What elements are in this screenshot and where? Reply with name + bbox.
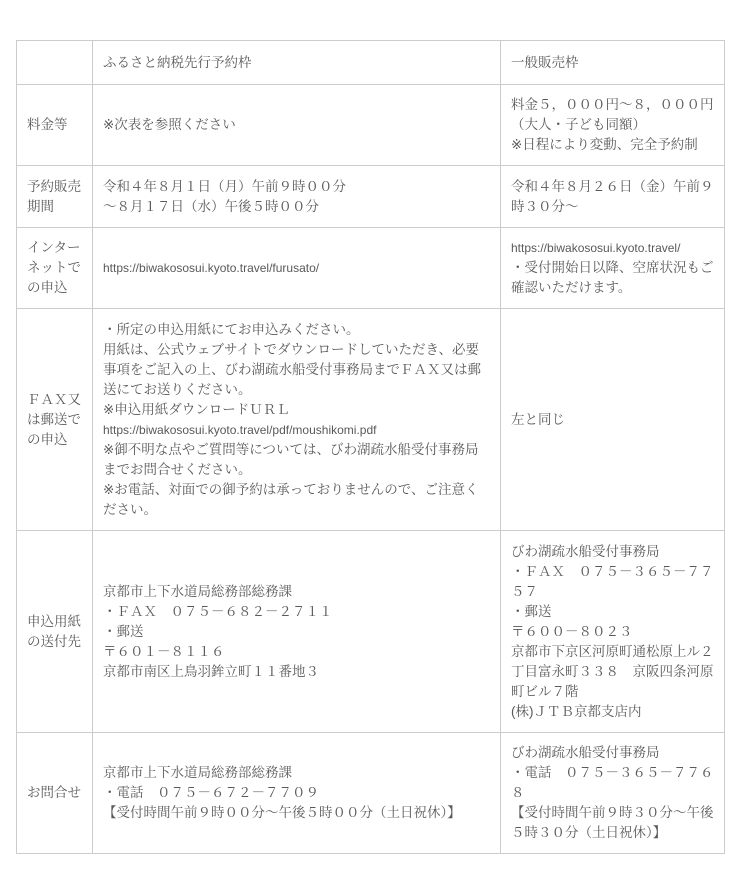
text-line: ・郵送 — [103, 622, 490, 642]
cell-internet-general: https://biwakososui.kyoto.travel/・受付開始日以… — [501, 228, 725, 309]
cell-fax-furusato: ・所定の申込用紙にてお申込みください。用紙は、公式ウェブサイトでダウンロードして… — [93, 309, 501, 531]
cell-destination-general: びわ湖疏水船受付事務局・ＦＡＸ ０７５－３６５－７７５７・郵送〒６００－８０２３… — [501, 531, 725, 733]
text-line: 【受付時間午前９時３０分～午後５時３０分（土日祝休）】 — [511, 803, 714, 843]
text-line: ・ＦＡＸ ０７５－６８２－２７１１ — [103, 602, 490, 622]
text-line: ※次表を参照ください — [103, 115, 490, 135]
text-line: ・受付開始日以降、空席状況もご確認いただけます。 — [511, 258, 714, 298]
table-header-row: ふるさと納税先行予約枠 一般販売枠 — [17, 41, 725, 85]
column-header-furusato: ふるさと納税先行予約枠 — [93, 41, 501, 85]
table-row-fees: 料金等 ※次表を参照ください 料金５，０００円～８，０００円（大人・子ども同額）… — [17, 85, 725, 166]
text-line: 京都市上下水道局総務部総務課 — [103, 763, 490, 783]
text-line: ～８月１７日（水）午後５時００分 — [103, 197, 490, 217]
text-line: ※お電話、対面での御予約は承っておりませんので、ご注意ください。 — [103, 480, 490, 520]
text-line: 京都市南区上鳥羽鉾立町１１番地３ — [103, 662, 490, 682]
cell-period-furusato: 令和４年８月１日（月）午前９時００分～８月１７日（水）午後５時００分 — [93, 166, 501, 228]
text-line: ・電話 ０７５－３６５－７７６８ — [511, 763, 714, 803]
text-line: 料金５，０００円～８，０００円 — [511, 95, 714, 115]
cell-fees-furusato: ※次表を参照ください — [93, 85, 501, 166]
text-line: 【受付時間午前９時００分～午後５時００分（土日祝休）】 — [103, 803, 490, 823]
table-row-contact: お問合せ 京都市上下水道局総務部総務課・電話 ０７５－６７２－７７０９【受付時間… — [17, 733, 725, 854]
cell-fees-general: 料金５，０００円～８，０００円（大人・子ども同額）※日程により変動、完全予約制 — [501, 85, 725, 166]
cell-period-general: 令和４年８月２６日（金）午前９時３０分～ — [501, 166, 725, 228]
cell-internet-furusato: https://biwakososui.kyoto.travel/furusat… — [93, 228, 501, 309]
row-header-form-destination: 申込用紙の送付先 — [17, 531, 93, 733]
corner-cell — [17, 41, 93, 85]
text-line: 令和４年８月１日（月）午前９時００分 — [103, 177, 490, 197]
text-line: 用紙は、公式ウェブサイトでダウンロードしていただき、必要事項をご記入の上、びわ湖… — [103, 340, 490, 400]
cell-contact-furusato: 京都市上下水道局総務部総務課・電話 ０７５－６７２－７７０９【受付時間午前９時０… — [93, 733, 501, 854]
text-line: ・所定の申込用紙にてお申込みください。 — [103, 320, 490, 340]
text-line: ・郵送 — [511, 602, 714, 622]
page: ふるさと納税先行予約枠 一般販売枠 料金等 ※次表を参照ください 料金５，０００… — [0, 0, 740, 890]
url-text: https://biwakososui.kyoto.travel/pdf/mou… — [103, 420, 490, 440]
text-line: ・ＦＡＸ ０７５－３６５－７７５７ — [511, 562, 714, 602]
text-line: びわ湖疏水船受付事務局 — [511, 542, 714, 562]
text-line: ※御不明な点やご質問等については、びわ湖疏水船受付事務局までお問合せください。 — [103, 440, 490, 480]
row-header-fax-mail-application: ＦＡＸ又は郵送での申込 — [17, 309, 93, 531]
text-line: 令和４年８月２６日（金）午前９時３０分～ — [511, 177, 714, 217]
table-row-sales-period: 予約販売期間 令和４年８月１日（月）午前９時００分～８月１７日（水）午後５時００… — [17, 166, 725, 228]
table-row-fax-mail-application: ＦＡＸ又は郵送での申込 ・所定の申込用紙にてお申込みください。用紙は、公式ウェブ… — [17, 309, 725, 531]
text-line: 京都市上下水道局総務部総務課 — [103, 582, 490, 602]
row-header-fees: 料金等 — [17, 85, 93, 166]
text-line: ※申込用紙ダウンロードＵＲＬ — [103, 400, 490, 420]
text-line: ※日程により変動、完全予約制 — [511, 135, 714, 155]
text-line: （大人・子ども同額） — [511, 115, 714, 135]
row-header-internet-application: インターネットでの申込 — [17, 228, 93, 309]
cell-destination-furusato: 京都市上下水道局総務部総務課・ＦＡＸ ０７５－６８２－２７１１・郵送〒６０１－８… — [93, 531, 501, 733]
text-line: 左と同じ — [511, 410, 714, 430]
row-header-contact: お問合せ — [17, 733, 93, 854]
cell-fax-general: 左と同じ — [501, 309, 725, 531]
url-text: https://biwakososui.kyoto.travel/ — [511, 238, 714, 258]
text-line: びわ湖疏水船受付事務局 — [511, 743, 714, 763]
text-line: 京都市下京区河原町通松原上ル２丁目富永町３３８ 京阪四条河原町ビル７階 — [511, 642, 714, 702]
text-line: (株)ＪＴＢ京都支店内 — [511, 702, 714, 722]
url-text: https://biwakososui.kyoto.travel/furusat… — [103, 258, 490, 278]
table-row-form-destination: 申込用紙の送付先 京都市上下水道局総務部総務課・ＦＡＸ ０７５－６８２－２７１１… — [17, 531, 725, 733]
text-line: ・電話 ０７５－６７２－７７０９ — [103, 783, 490, 803]
cell-contact-general: びわ湖疏水船受付事務局・電話 ０７５－３６５－７７６８【受付時間午前９時３０分～… — [501, 733, 725, 854]
row-header-sales-period: 予約販売期間 — [17, 166, 93, 228]
text-line: 〒６００－８０２３ — [511, 622, 714, 642]
sales-info-table: ふるさと納税先行予約枠 一般販売枠 料金等 ※次表を参照ください 料金５，０００… — [16, 40, 725, 854]
text-line: 〒６０１－８１１６ — [103, 642, 490, 662]
table-row-internet-application: インターネットでの申込 https://biwakososui.kyoto.tr… — [17, 228, 725, 309]
column-header-general: 一般販売枠 — [501, 41, 725, 85]
